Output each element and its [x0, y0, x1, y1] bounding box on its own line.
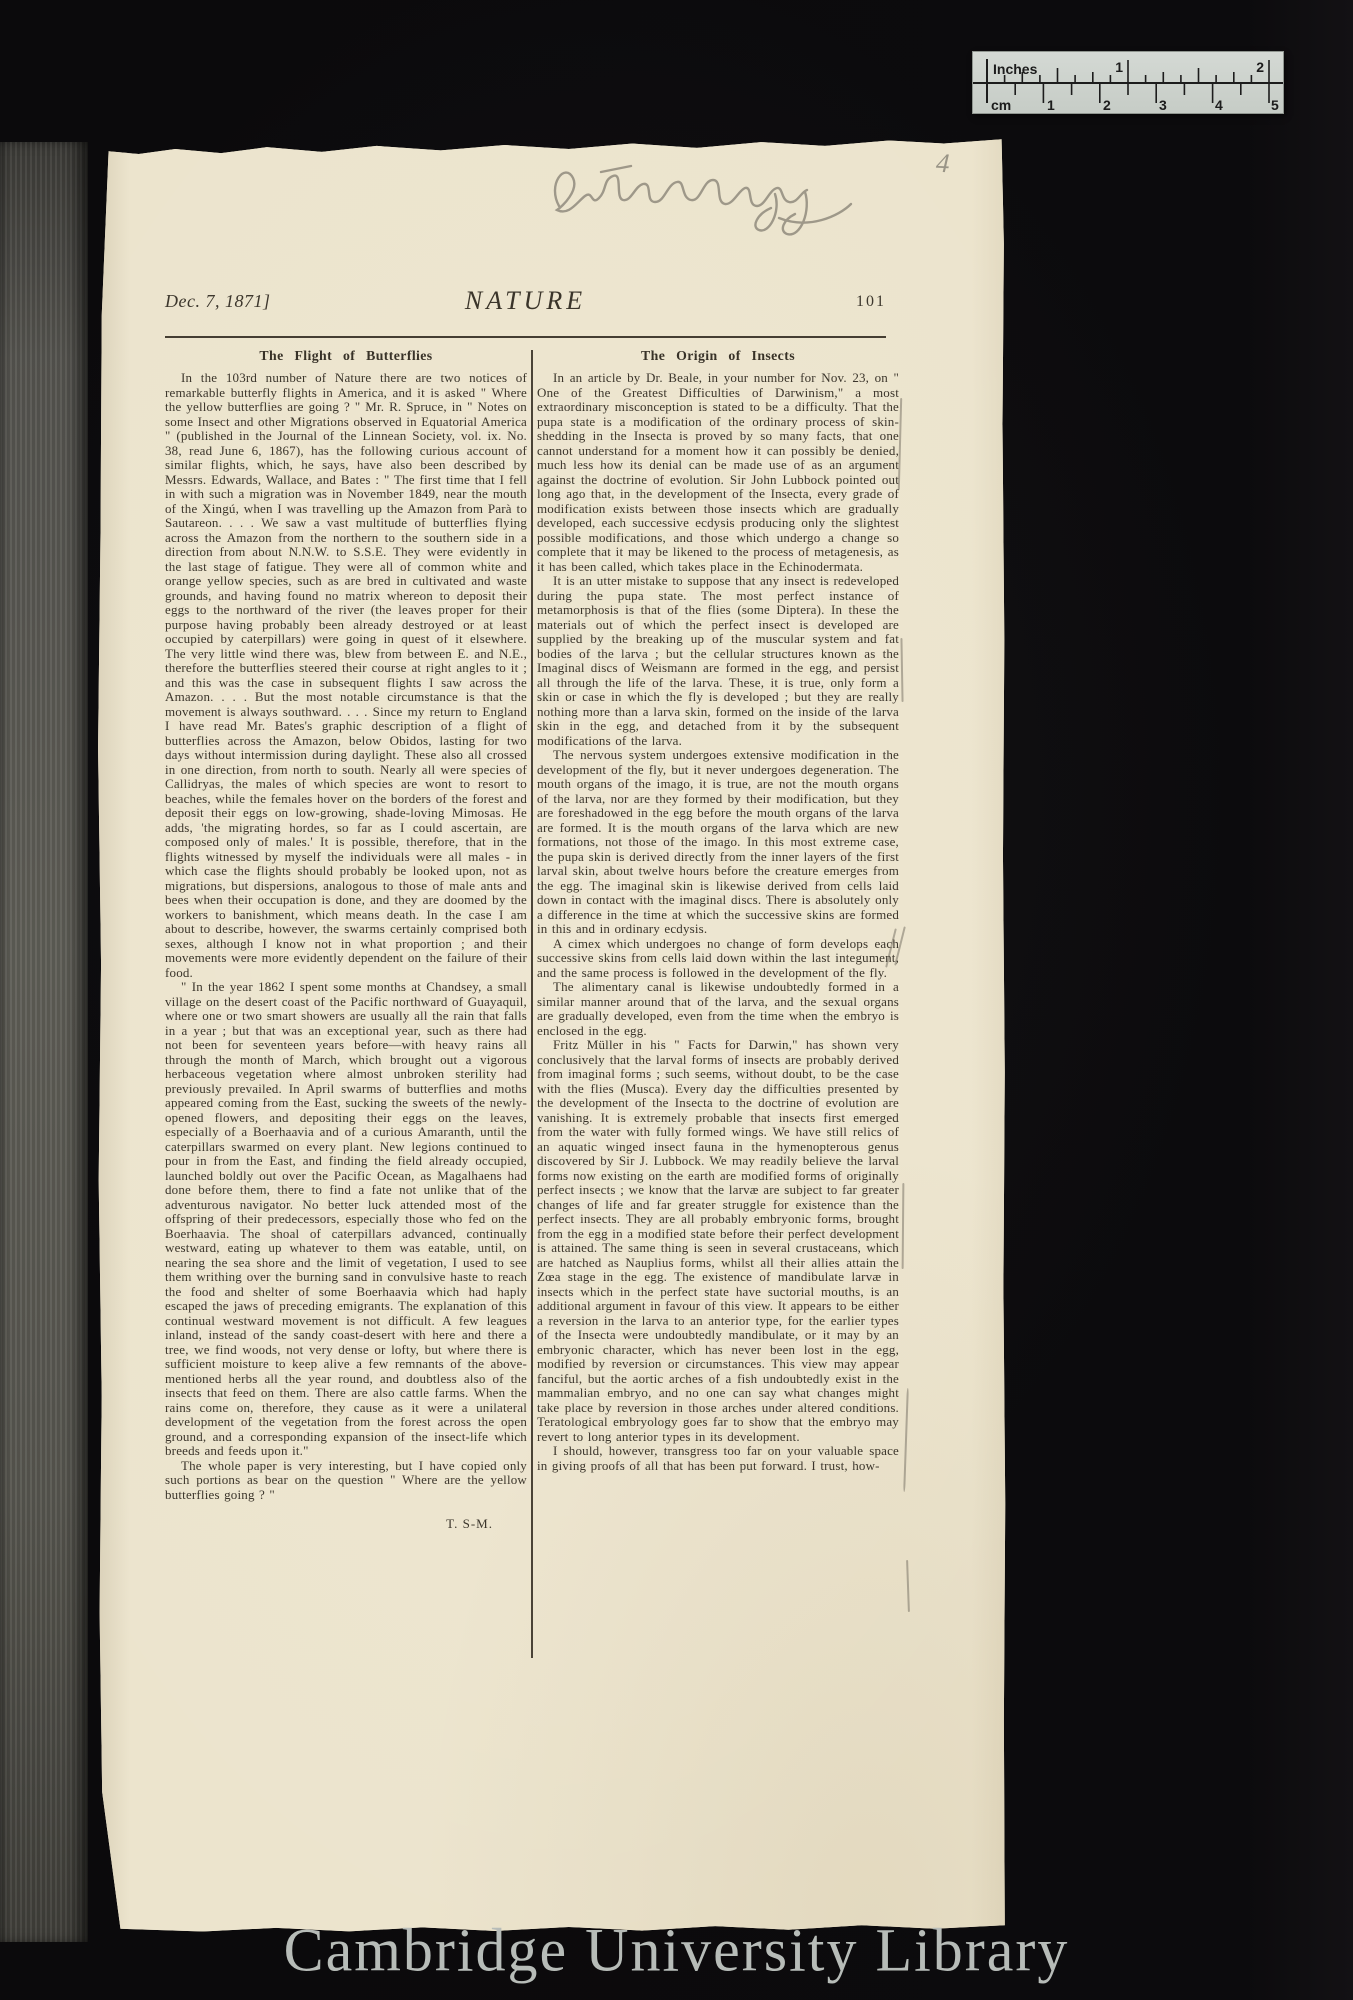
- library-watermark: Cambridge University Library: [0, 1915, 1353, 1985]
- handwritten-entomology-annotation: Entomology: [543, 150, 863, 250]
- ruler-cm-4: 4: [1215, 97, 1223, 113]
- paragraph: In the 103rd number of Nature there are …: [165, 371, 527, 980]
- scanned-document-photo: { "annotations": { "handwritten_subject"…: [0, 0, 1353, 2000]
- margin-pencil-mark: [900, 638, 903, 702]
- measurement-ruler: Inches 1 2 cm 1 2 3 4 5: [973, 52, 1283, 113]
- paragraph: A cimex which undergoes no change of for…: [537, 937, 899, 981]
- journal-page: Entomology 4 Dec. 7, 1871] NATURE 101 Th…: [93, 136, 1008, 1936]
- left-article: The Flight of Butterflies In the 103rd n…: [165, 348, 527, 1532]
- paragraph: In an article by Dr. Beale, in your numb…: [537, 371, 899, 574]
- margin-pencil-mark: [902, 1183, 905, 1269]
- left-column-body: In the 103rd number of Nature there are …: [165, 371, 527, 1502]
- ruler-inch-2: 2: [1256, 59, 1264, 75]
- book-fore-edge: [0, 142, 88, 1942]
- paragraph: The nervous system undergoes extensive m…: [537, 748, 899, 937]
- ruler-cm-5: 5: [1271, 97, 1279, 113]
- ruler-graphic: Inches 1 2 cm 1 2 3 4 5: [973, 52, 1283, 113]
- left-article-signature: T. S-M.: [165, 1516, 527, 1532]
- right-article: The Origin of Insects In an article by D…: [537, 348, 899, 1473]
- margin-pencil-mark: [903, 1388, 909, 1492]
- handwritten-folio-number: 4: [935, 148, 950, 180]
- paragraph: The alimentary canal is likewise undoubt…: [537, 980, 899, 1038]
- header-page-number: 101: [165, 293, 886, 311]
- paragraph: Fritz Müller in his " Facts for Darwin,"…: [537, 1038, 899, 1444]
- ruler-cm-label: cm: [991, 97, 1011, 113]
- left-article-title: The Flight of Butterflies: [165, 348, 527, 364]
- ruler-cm-1: 1: [1047, 97, 1055, 113]
- column-divider-rule: [531, 350, 533, 1658]
- ruler-inches-label: Inches: [993, 61, 1038, 77]
- margin-pencil-mark: [906, 1560, 910, 1612]
- right-column-body: In an article by Dr. Beale, in your numb…: [537, 371, 899, 1473]
- ruler-cm-2: 2: [1103, 97, 1111, 113]
- paragraph: The whole paper is very interesting, but…: [165, 1459, 527, 1503]
- paragraph: It is an utter mistake to suppose that a…: [537, 574, 899, 748]
- paragraph: " In the year 1862 I spent some months a…: [165, 980, 527, 1459]
- ruler-inch-1: 1: [1115, 59, 1123, 75]
- paragraph: I should, however, transgress too far on…: [537, 1444, 899, 1473]
- ruler-cm-3: 3: [1159, 97, 1167, 113]
- header-rule: [165, 336, 886, 338]
- right-article-title: The Origin of Insects: [537, 348, 899, 364]
